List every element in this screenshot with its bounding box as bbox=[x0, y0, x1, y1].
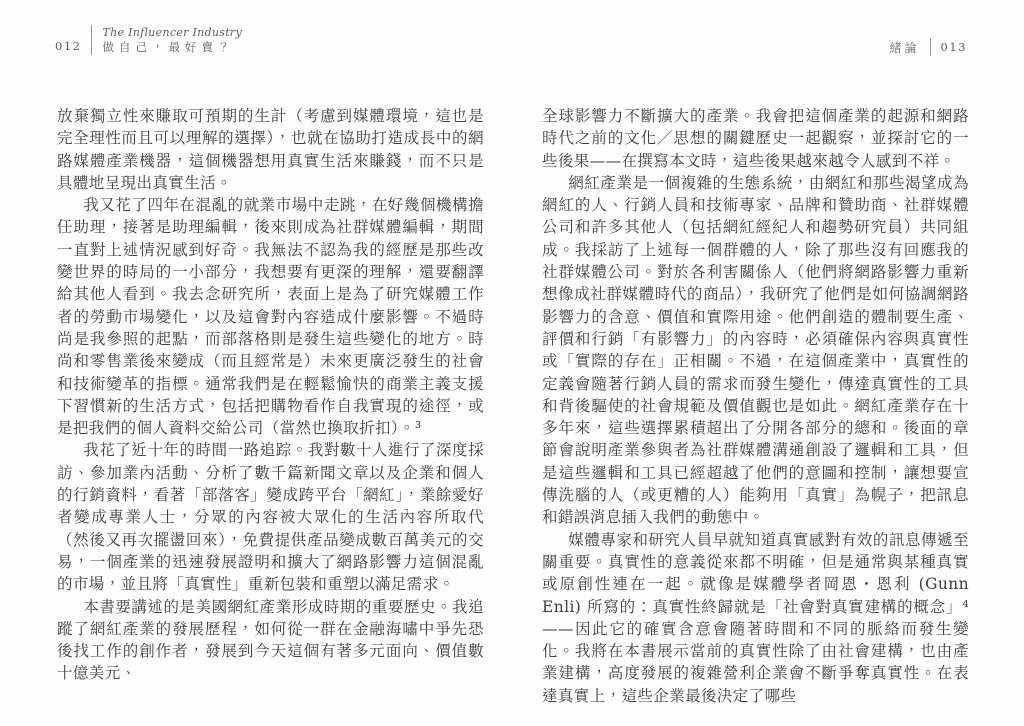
chapter-title: 緒論 bbox=[890, 39, 920, 56]
paragraph: 全球影響力不斷擴大的產業。我會把這個產業的起源和網路時代之前的文化／思想的關鍵歷… bbox=[542, 105, 969, 172]
paragraph: 媒體專家和研究人員早就知道真實感對有效的訊息傳遞至關重要。真實性的意義從來都不明… bbox=[542, 529, 969, 707]
page-number-right: 013 bbox=[941, 40, 967, 54]
left-page-text-column: 放棄獨立性來賺取可預期的生計（考慮到媒體環境，這也是完全理性而且可以理解的選擇）… bbox=[57, 105, 484, 685]
page-number-left: 012 bbox=[55, 39, 81, 55]
paragraph: 我又花了四年在混亂的就業市場中走跳，在好幾個機構擔任助理，接著是助理編輯，後來則… bbox=[57, 194, 484, 439]
paragraph: 放棄獨立性來賺取可預期的生計（考慮到媒體環境，這也是完全理性而且可以理解的選擇）… bbox=[57, 105, 484, 194]
header-divider-right bbox=[930, 38, 931, 56]
book-title-english: The Influencer Industry bbox=[102, 26, 242, 39]
paragraph: 我花了近十年的時間一路追踪。我對數十人進行了深度採訪、參加業內活動、分析了數千篇… bbox=[57, 439, 484, 595]
header-divider-left bbox=[91, 25, 92, 55]
page-header-left: 012 The Influencer Industry 做自己，最好賣？ bbox=[55, 25, 242, 55]
paragraph: 網紅產業是一個複雜的生態系統，由網紅和那些渴望成為網紅的人、行銷人員和技術專家、… bbox=[542, 172, 969, 529]
paragraph: 本書要講述的是美國網紅產業形成時期的重要歷史。我追蹤了網紅產業的發展歷程，如何從… bbox=[57, 596, 484, 685]
page-header-right: 緒論 013 bbox=[890, 38, 967, 56]
right-page-text-column: 全球影響力不斷擴大的產業。我會把這個產業的起源和網路時代之前的文化／思想的關鍵歷… bbox=[542, 105, 969, 707]
running-title-block: The Influencer Industry 做自己，最好賣？ bbox=[102, 26, 242, 54]
book-title-chinese: 做自己，最好賣？ bbox=[102, 40, 242, 54]
book-spread: 012 The Influencer Industry 做自己，最好賣？ 緒論 … bbox=[0, 0, 1024, 726]
